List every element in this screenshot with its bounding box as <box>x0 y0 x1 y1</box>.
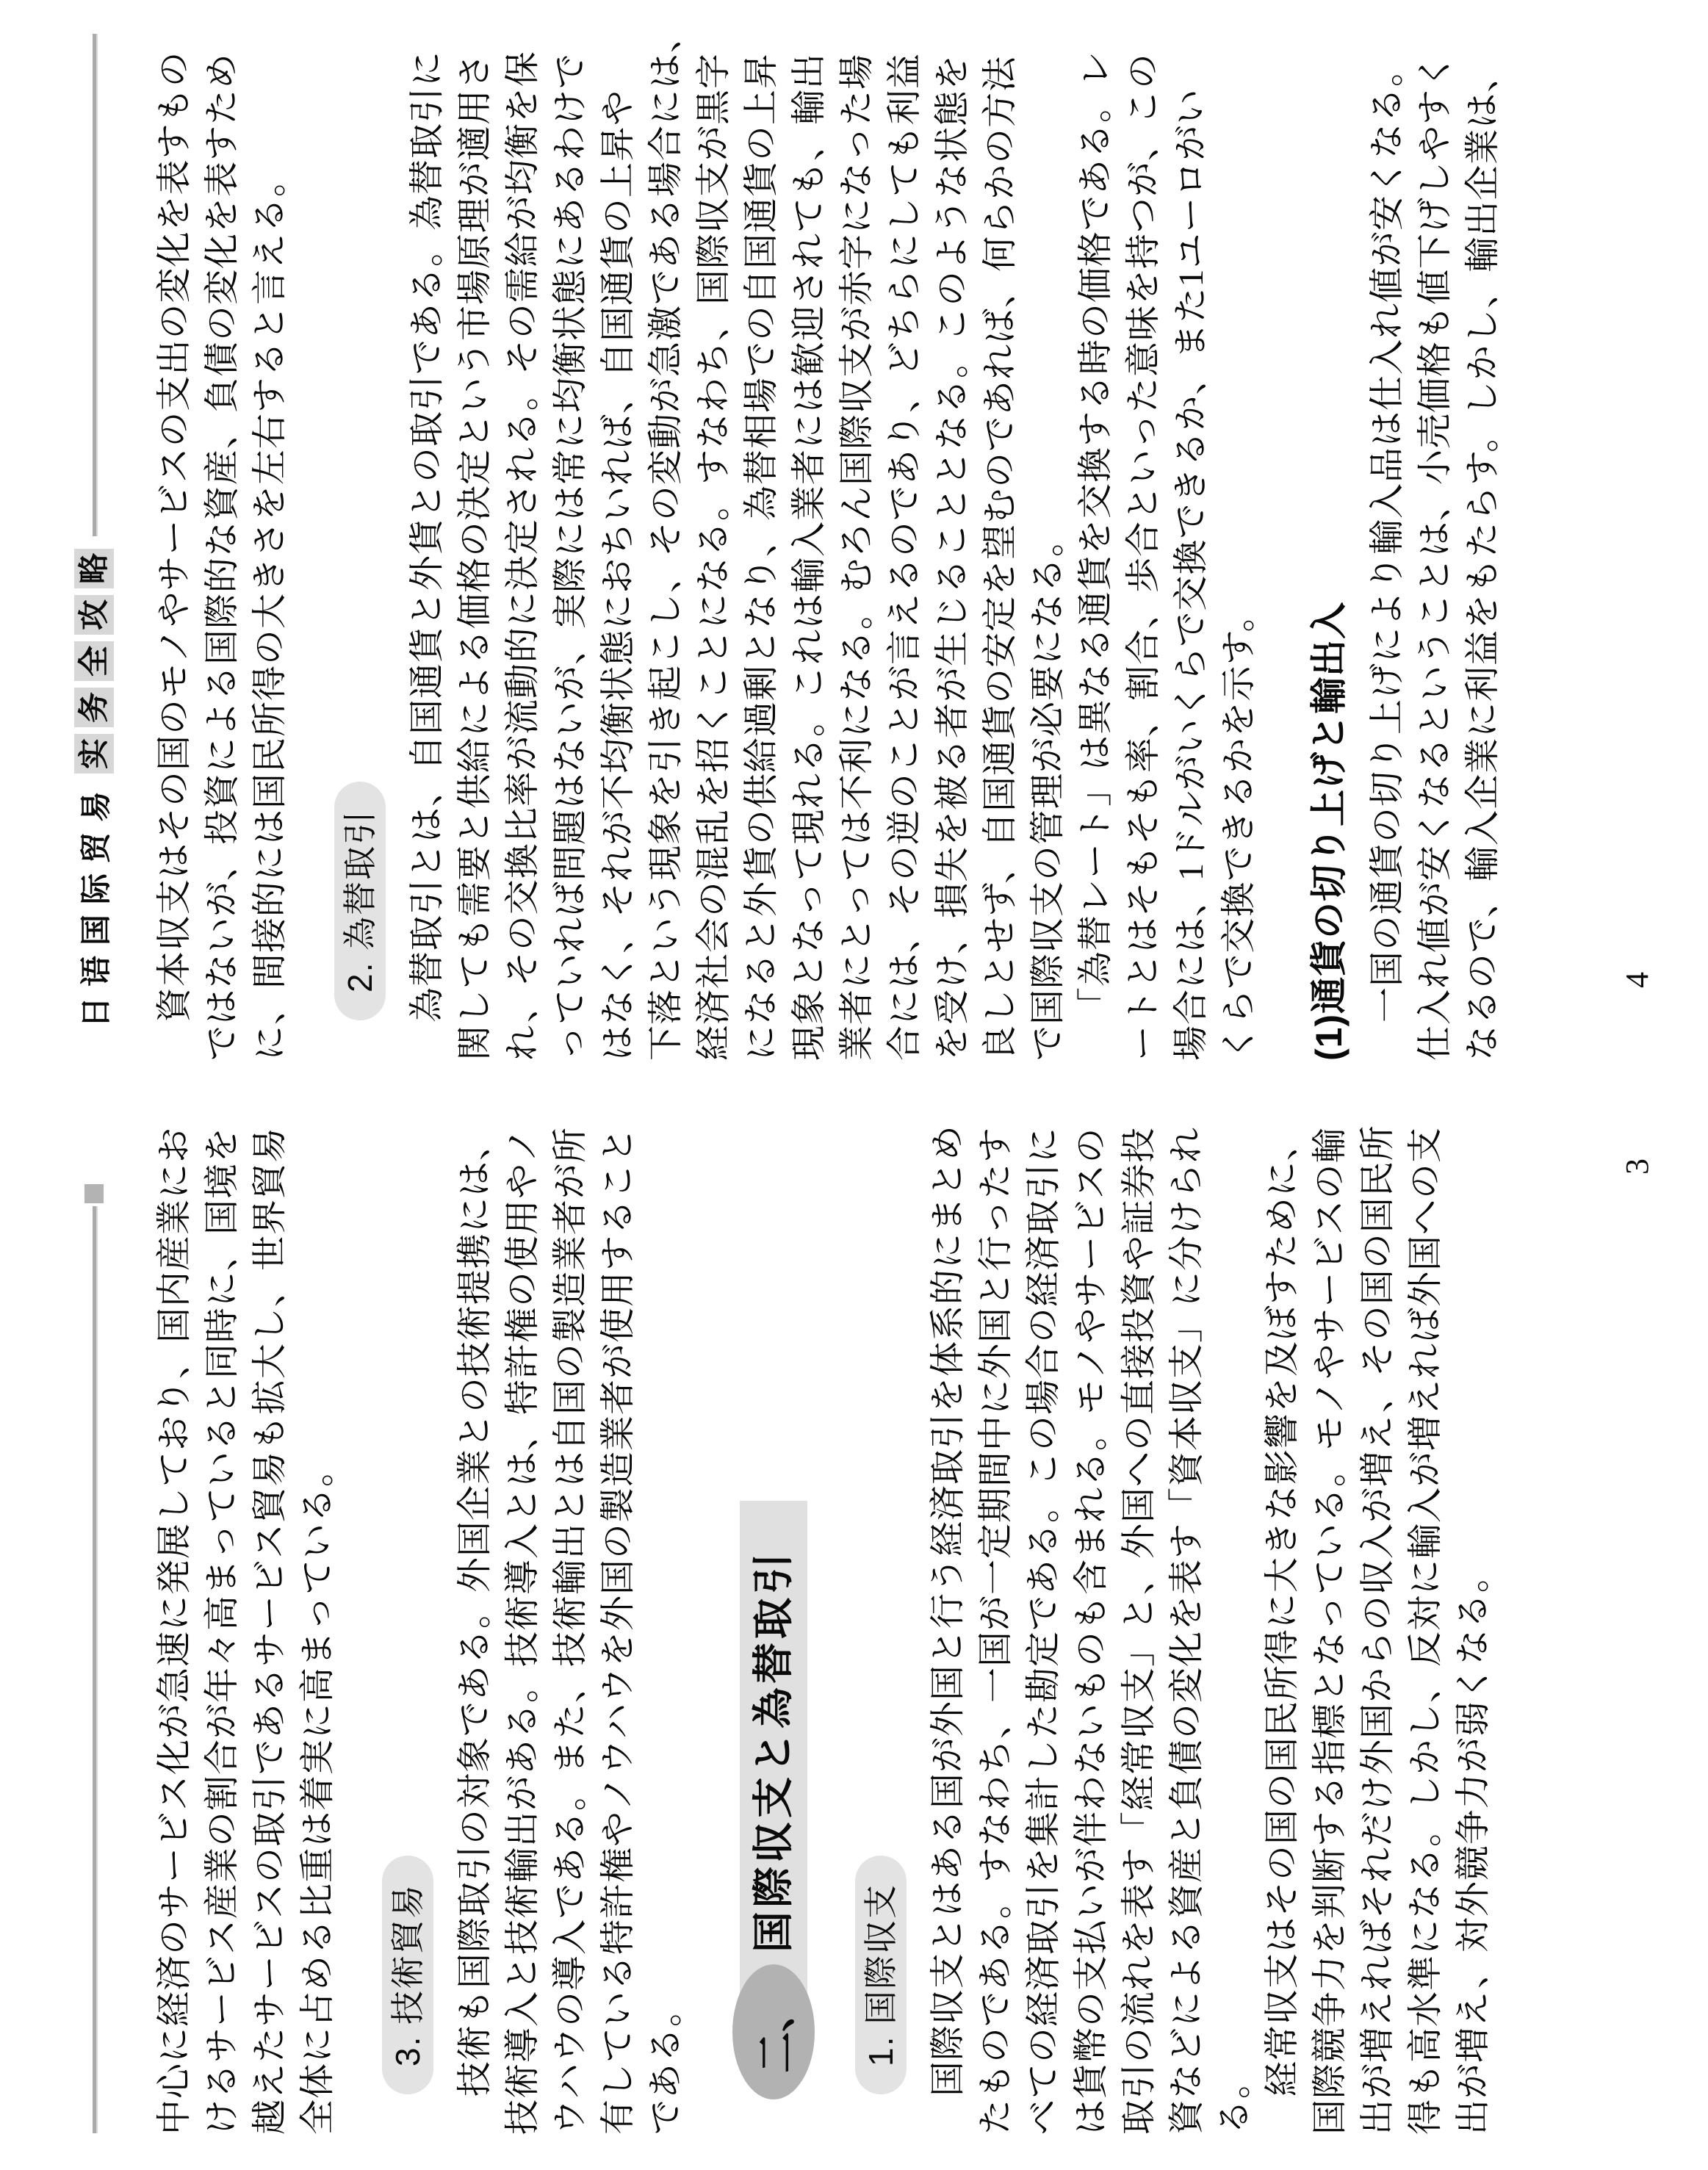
text-line: ウハウの導入である。また、技術輸出とは自国の製造業者が所 <box>547 1110 594 2135</box>
page-body: 資本収支はその国のモノやサービスの支出の変化を表すものではないが、投資による国際… <box>151 32 1507 1061</box>
text-line: で国際収支の管理が必要になる。 <box>1024 32 1072 1061</box>
text-line: 下落という現象を引き起こし、その変動が急激である場合には、 <box>642 32 690 1061</box>
text-line: 現象となって現れる。これは輸入業者には歓迎されても、輸出 <box>785 32 833 1061</box>
text-line: 出が増えればそれだけ外国からの収入が増え、その国の国民所 <box>1354 1110 1402 2135</box>
section-heading-pill: 3. 技術貿易 <box>382 1110 433 2094</box>
page-number: 4 <box>1619 972 1656 988</box>
page-3: 中心に経済のサービス化が急速に発展しており、国内産業におけるサービス産業の割合が… <box>0 1085 1708 2170</box>
page-4: 日语国际贸易 实务全攻略 資本収支はその国のモノやサービスの支出の変化を表すもの… <box>0 0 1708 1085</box>
text-line: 資本収支はその国のモノやサービスの支出の変化を表すもの <box>151 32 198 1061</box>
text-line: 資などによる資産と負債の変化を表す「資本収支」に分けられ <box>1163 1110 1211 2135</box>
text-line: 良しとせず、自国通貨の安定を望むのであれば、何らかの方法 <box>976 32 1024 1061</box>
book-title: 日语国际贸易 实务全攻略 <box>72 542 116 1028</box>
text-line: 技術導入と技術輸出がある。技術導入とは、特許権の使用やノ <box>499 1110 547 2135</box>
chapter-section-heading: 二、国際収支と為替取引 <box>732 1110 815 2099</box>
text-line: 国際競争力を判断する指標となっている。モノやサービスの輸 <box>1306 1110 1354 2135</box>
text-line: 「為替レート」は異なる通貨を交換する時の価格である。レ <box>1072 32 1120 1061</box>
text-line: 業者にとっては不利になる。むろん国際収支が赤字になった場 <box>833 32 881 1061</box>
text-line: 国際収支とはある国が外国と行う経済取引を体系的にまとめ <box>924 1110 972 2135</box>
heading-number-ellipse: 二、 <box>732 1964 815 2099</box>
text-line: 経常収支はその国の国民所得に大きな影響を及ぼすために、 <box>1258 1110 1306 2135</box>
section-heading-pill: 1. 国際収支 <box>855 1110 907 2094</box>
text-line: 取引の流れを表す「経常収支」と、外国への直接投資や証券投 <box>1115 1110 1163 2135</box>
text-line: けるサービス産業の割合が年々高まっていると同時に、国境を <box>198 1110 246 2135</box>
sub-heading: (1)通貨の切り上げと輸出入 <box>1305 32 1353 1061</box>
book-title-box-char: 全 <box>74 641 114 681</box>
text-line: 為替取引とは、自国通貨と外貨との取引である。為替取引に <box>403 32 451 1061</box>
book-title-box-char: 略 <box>74 549 114 588</box>
text-line: 仕入れ値が安くなるということは、小売価格も値下げしやすく <box>1411 32 1459 1061</box>
book-title-box-char: 实 <box>74 734 114 774</box>
text-line: 合には、その逆のことが言えるのであり、どちらにしても利益 <box>881 32 929 1061</box>
text-line: 場合には、1ドルがいくらで交換できるか、また1ユーロがい <box>1167 32 1215 1061</box>
page-number: 3 <box>1619 1158 1656 1175</box>
text-line: 中心に経済のサービス化が急速に発展しており、国内産業にお <box>151 1110 198 2135</box>
text-line: 越えたサービスの取引であるサービス貿易も拡大し、世界貿易 <box>246 1110 294 2135</box>
section-heading-label: 2. 為替取引 <box>334 782 386 1020</box>
running-head-square-icon <box>84 1184 104 1203</box>
book-title-box-char: 务 <box>74 688 114 727</box>
text-line: れ、その交換比率が流動的に決定される。その需給が均衡を保 <box>499 32 547 1061</box>
text-line: る。 <box>1211 1110 1258 2135</box>
text-line: 全体に占める比重は着実に高まっている。 <box>294 1110 342 2135</box>
text-line: なるので、輸入企業に利益をもたらす。しかし、輸出企業は、 <box>1459 32 1507 1061</box>
text-line: 有している特許権やノウハウを外国の製造業者が使用すること <box>594 1110 642 2135</box>
text-line: に、間接的には国民所得の大きさを左右すると言える。 <box>246 32 294 1061</box>
page-body: 中心に経済のサービス化が急速に発展しており、国内産業におけるサービス産業の割合が… <box>151 1110 1497 2135</box>
text-line: は貨幣の支払いが伴わないものも含まれる。モノやサービスの <box>1067 1110 1115 2135</box>
text-line: ではないが、投資による国際的な資産、負債の変化を表すため <box>198 32 246 1061</box>
text-line: っていれば問題はないが、実際には常に均衡状態にあるわけで <box>547 32 594 1061</box>
text-line: 経済社会の混乱を招くことになる。すなわち、国際収支が黒字 <box>690 32 738 1061</box>
section-heading-label: 1. 国際収支 <box>855 1856 907 2094</box>
text-line: たものである。すなわち、一国が一定期間中に外国と行ったす <box>972 1110 1020 2135</box>
running-head-left <box>71 1085 118 2170</box>
text-line: 関しても需要と供給による価格の決定という市場原理が適用さ <box>451 32 499 1061</box>
text-line: 出が増え、対外競争力が弱くなる。 <box>1449 1110 1497 2135</box>
book-title-boxed: 实务全攻略 <box>74 542 114 774</box>
section-heading-label: 3. 技術貿易 <box>382 1856 433 2094</box>
text-line: ートとはそもそも率、割合、歩合といった意味を持つが、この <box>1120 32 1167 1061</box>
running-head-right: 日语国际贸易 实务全攻略 <box>71 0 118 1085</box>
section-heading-pill: 2. 為替取引 <box>334 32 386 1020</box>
text-line: である。 <box>642 1110 690 2135</box>
text-line: べての経済取引を集計した勘定である。この場合の経済取引に <box>1020 1110 1067 2135</box>
running-head-rule <box>93 1206 96 2133</box>
running-head-rule <box>93 34 96 536</box>
text-line: を受け、損失を被る者が生じることとなる。このような状態を <box>929 32 976 1061</box>
book-title-plain: 日语国际贸易 <box>72 781 116 1028</box>
text-line: 得も高水準になる。しかし、反対に輸入が増えれば外国への支 <box>1402 1110 1449 2135</box>
text-line: になると外貨の供給過剰となり、為替相場での自国通貨の上昇 <box>738 32 785 1061</box>
text-line: 一国の通貨の切り上げにより輸入品は仕入れ値が安くなる。 <box>1363 32 1411 1061</box>
text-line: はなく、それが不均衡状態におちいれば、自国通貨の上昇や <box>594 32 642 1061</box>
heading-title-band: 国際収支と為替取引 <box>740 1501 807 2007</box>
book-title-box-char: 攻 <box>74 595 114 635</box>
book-spread: 中心に経済のサービス化が急速に発展しており、国内産業におけるサービス産業の割合が… <box>0 0 1708 2170</box>
text-line: くらで交換できるかを示す。 <box>1215 32 1263 1061</box>
text-line: 技術も国際取引の対象である。外国企業との技術提携には、 <box>451 1110 499 2135</box>
